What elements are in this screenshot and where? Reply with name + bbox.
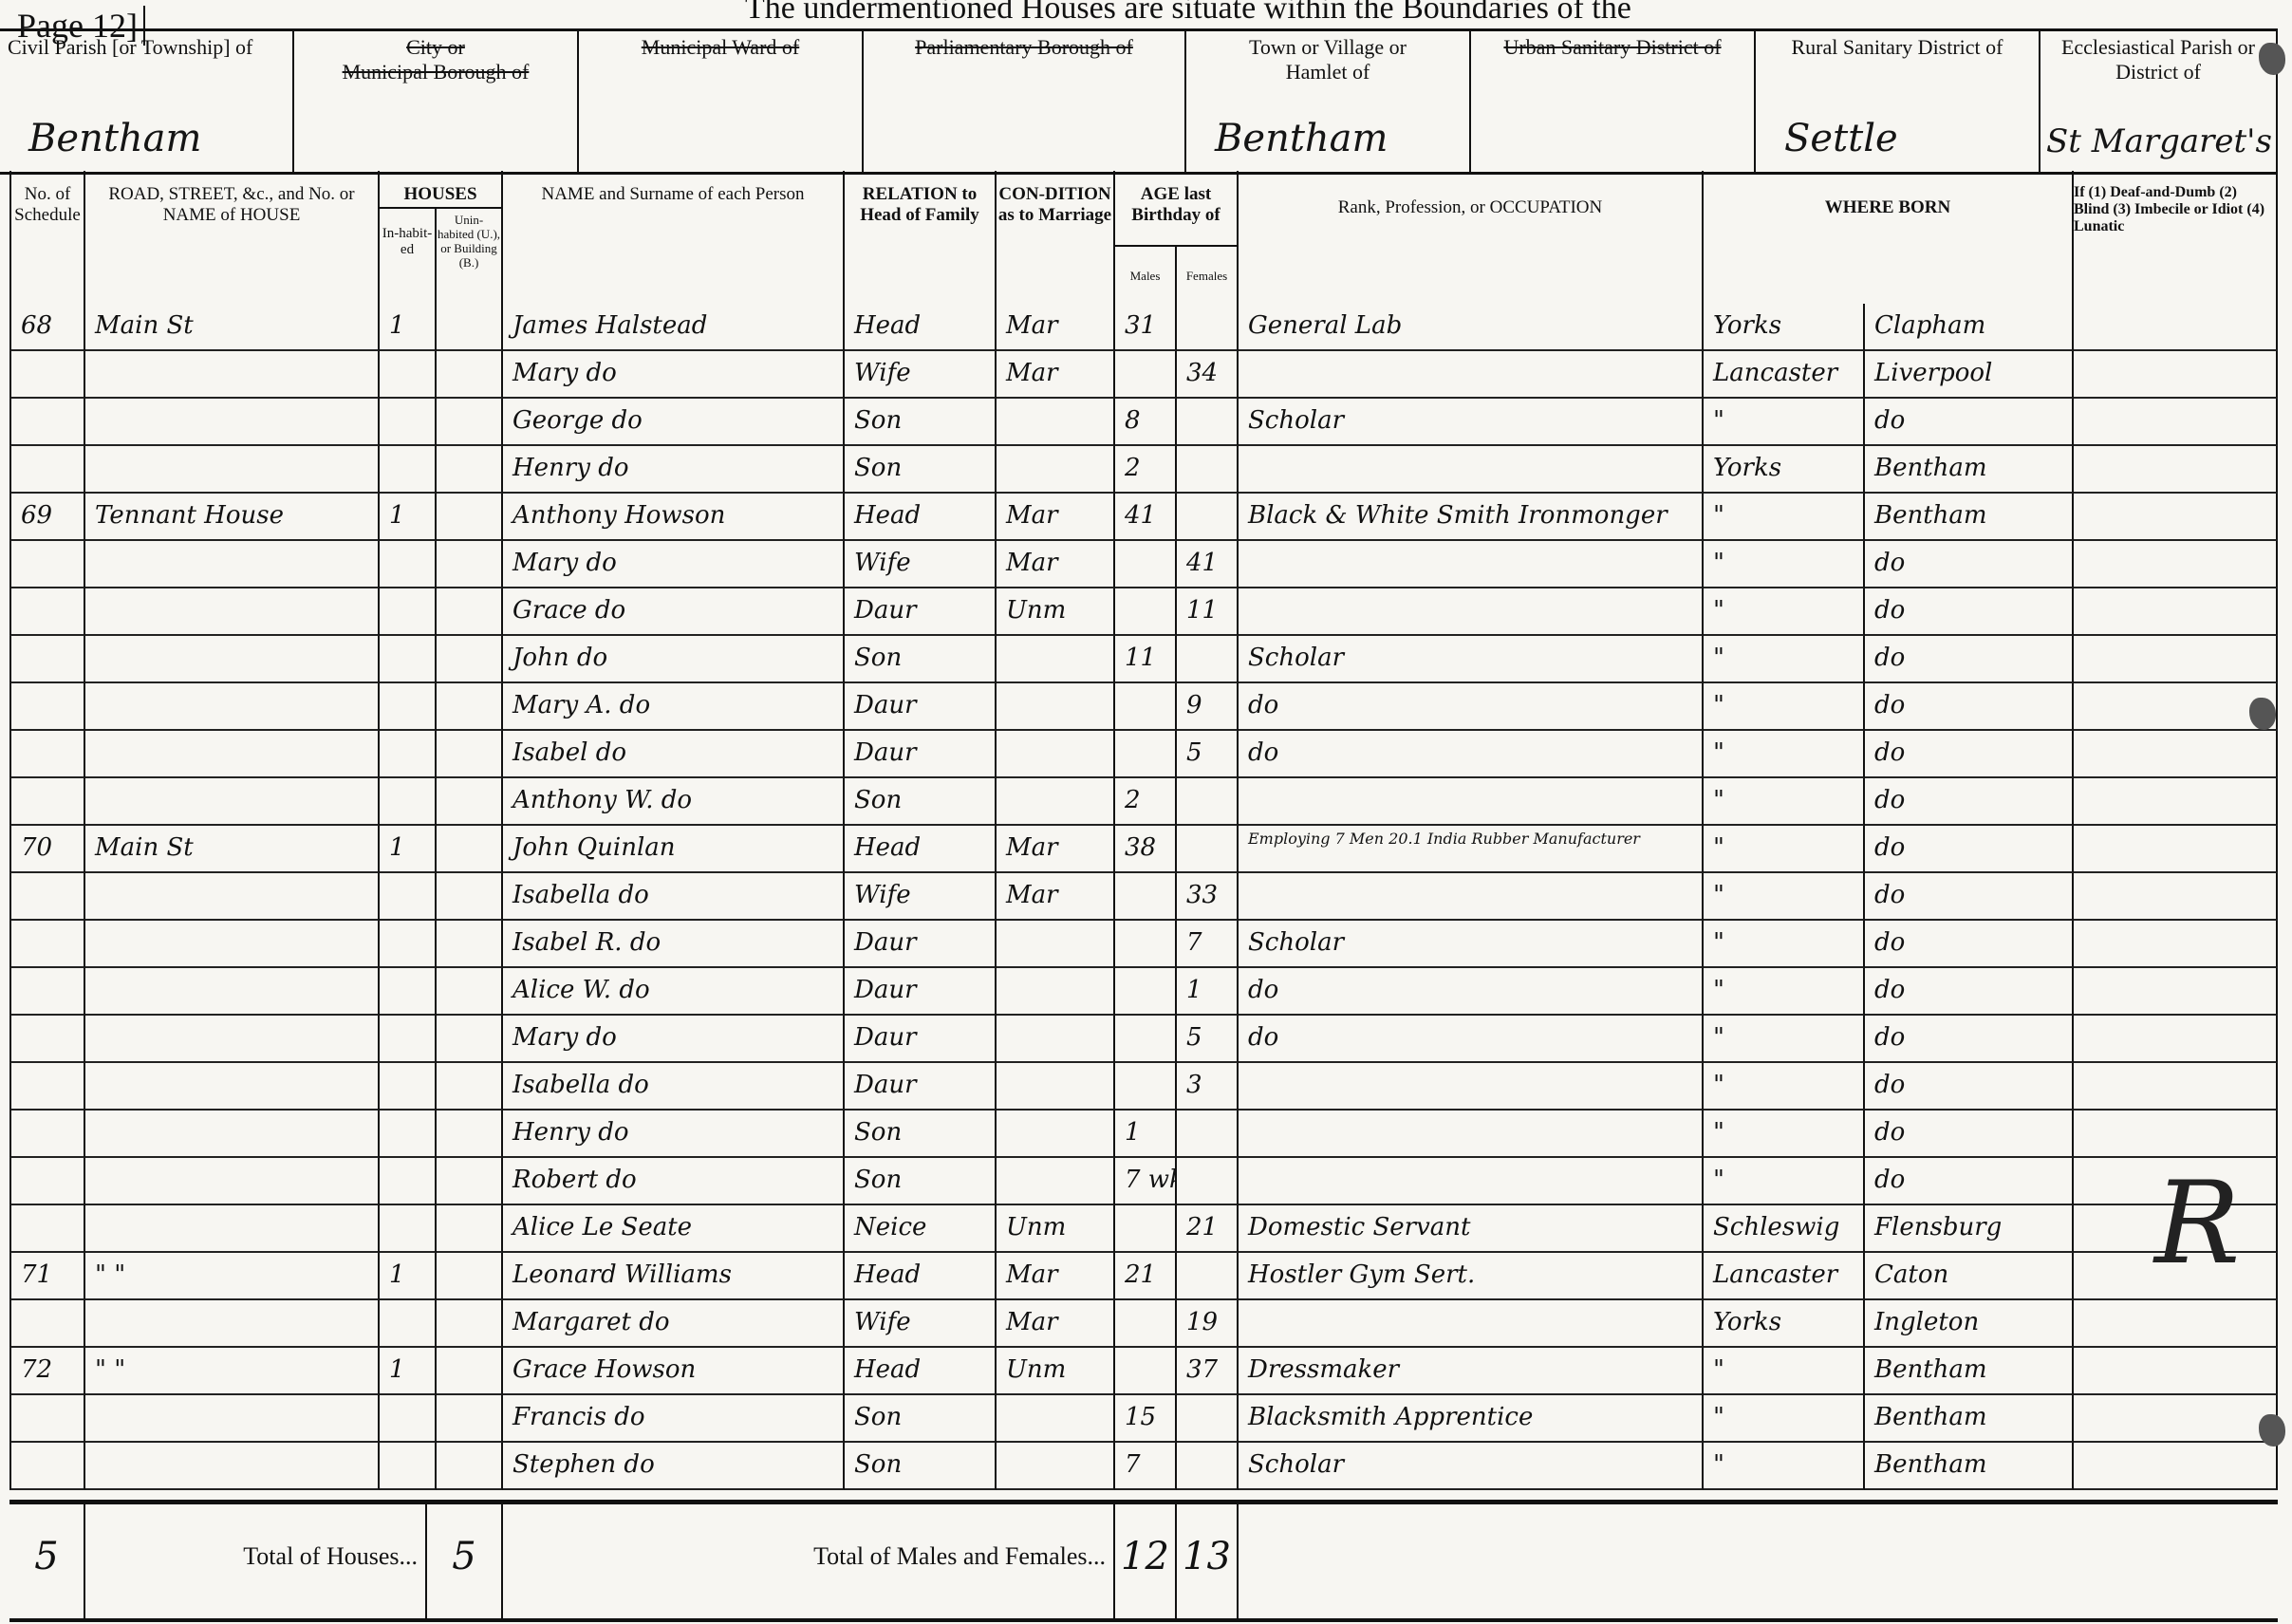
schedule-cell [9,636,85,683]
table-row: Isabella doDaur3"do [9,1063,2278,1111]
page-title: The undermentioned Houses are situate wi… [745,0,1631,27]
col-where-born: WHERE BORN [1704,171,2074,304]
table-row: Margaret doWifeMar19YorksIngleton [9,1300,2278,1348]
male-age-cell: 2 [1115,446,1177,494]
schedule-cell [9,1443,85,1490]
schedule-cell [9,921,85,968]
parliamentary-borough-cell: Parliamentary Borough of [864,31,1186,172]
uninhabited-cell [437,1158,503,1205]
born-county-cell: " [1704,968,1865,1016]
infirmity-cell [2074,968,2278,1016]
infirmity-cell [2074,1300,2278,1348]
inhabited-cell: 1 [380,494,437,541]
infirmity-cell [2074,1395,2278,1443]
table-row: Stephen doSon7Scholar"Bentham [9,1443,2278,1490]
uninhabited-cell [437,1016,503,1063]
table-row: Mary doDaur5do"do [9,1016,2278,1063]
born-county-cell: Yorks [1704,304,1865,351]
urban-sanitary-cell: Urban Sanitary District of [1471,31,1756,172]
table-row: Henry doSon2YorksBentham [9,446,2278,494]
census-page: Page 12] The undermentioned Houses are s… [0,0,2292,1624]
schedule-cell [9,683,85,731]
infirmity-cell [2074,351,2278,399]
total-males-value: 12 [1121,1535,1169,1578]
uninhabited-cell [437,1253,503,1300]
infirmity-cell [2074,494,2278,541]
male-age-cell: 7 [1115,1443,1177,1490]
total-houses-label: Total of Houses... [85,1504,427,1618]
born-county-cell: " [1704,1443,1865,1490]
born-place-cell: do [1865,1016,2074,1063]
born-place-cell: Bentham [1865,1348,2074,1395]
name-cell: Anthony Howson [503,494,845,541]
male-age-cell [1115,588,1177,636]
male-age-cell: 38 [1115,826,1177,873]
table-row: 69Tennant House1Anthony HowsonHeadMar41B… [9,494,2278,541]
table-row: 71" "1Leonard WilliamsHeadMar21Hostler G… [9,1253,2278,1300]
schedule-cell [9,778,85,826]
infirmity-cell [2074,304,2278,351]
condition-cell [997,1443,1115,1490]
born-county-cell: " [1704,1158,1865,1205]
schedule-cell [9,1158,85,1205]
inhabited-cell [380,541,437,588]
table-row: Isabella doWifeMar33"do [9,873,2278,921]
total-houses-value: 5 [452,1535,475,1578]
infirmity-cell [2074,636,2278,683]
born-place-cell: do [1865,731,2074,778]
road-cell: Main St [85,304,380,351]
inhabited-cell [380,636,437,683]
inhabited-cell [380,1205,437,1253]
occupation-cell [1239,1063,1704,1111]
male-age-cell [1115,1063,1177,1111]
total-schedules: 5 [9,1504,85,1618]
infirmity-cell [2074,399,2278,446]
schedule-cell: 69 [9,494,85,541]
born-place-cell: do [1865,968,2074,1016]
male-age-cell [1115,683,1177,731]
total-females: 13 [1177,1504,1239,1618]
uninhabited-cell [437,541,503,588]
female-age-cell: 7 [1177,921,1239,968]
female-age-cell [1177,399,1239,446]
male-age-cell: 31 [1115,304,1177,351]
name-cell: John do [503,636,845,683]
table-row: Anthony W. doSon2"do [9,778,2278,826]
table-row: 72" "1Grace HowsonHeadUnm37Dressmaker"Be… [9,1348,2278,1395]
born-place-cell: do [1865,1158,2074,1205]
road-cell [85,873,380,921]
occupation-cell: do [1239,731,1704,778]
road-cell [85,541,380,588]
inhabited-cell: 1 [380,1348,437,1395]
ink-blot [2259,1414,2285,1447]
table-row: Isabel R. doDaur7Scholar"do [9,921,2278,968]
col-relation: RELATION to Head of Family [845,171,997,304]
inhabited-cell [380,968,437,1016]
occupation-cell [1239,1300,1704,1348]
road-cell [85,1300,380,1348]
col-infirmity: If (1) Deaf-and-Dumb (2) Blind (3) Imbec… [2074,171,2278,304]
relation-cell: Son [845,1443,997,1490]
relation-cell: Daur [845,1063,997,1111]
name-cell: Francis do [503,1395,845,1443]
condition-cell [997,1158,1115,1205]
table-row: Isabel doDaur5do"do [9,731,2278,778]
born-place-cell: Caton [1865,1253,2074,1300]
name-cell: Henry do [503,446,845,494]
header-band: Civil Parish [or Township] of Bentham Ci… [0,28,2278,175]
name-cell: George do [503,399,845,446]
occupation-cell: Dressmaker [1239,1348,1704,1395]
condition-cell: Mar [997,1300,1115,1348]
born-place-cell: do [1865,826,2074,873]
inhabited-cell [380,683,437,731]
occupation-cell [1239,541,1704,588]
table-row: Mary doWifeMar41"do [9,541,2278,588]
born-county-cell: Lancaster [1704,351,1865,399]
schedule-cell: 72 [9,1348,85,1395]
female-age-cell [1177,778,1239,826]
born-place-cell: do [1865,399,2074,446]
occupation-cell: Scholar [1239,921,1704,968]
male-age-cell: 2 [1115,778,1177,826]
born-county-cell: Schleswig [1704,1205,1865,1253]
born-county-cell: Yorks [1704,1300,1865,1348]
relation-cell: Son [845,636,997,683]
col-females: Females [1177,247,1239,304]
col-uninhabited: Unin-habited (U.), or Building (B.) [437,209,503,304]
ink-blot [2249,698,2276,730]
uninhabited-cell [437,494,503,541]
inhabited-cell [380,1016,437,1063]
relation-cell: Son [845,1111,997,1158]
name-cell: Isabella do [503,1063,845,1111]
female-age-cell [1177,636,1239,683]
born-county-cell: Lancaster [1704,1253,1865,1300]
uninhabited-cell [437,1300,503,1348]
name-cell: Mary do [503,351,845,399]
schedule-cell [9,351,85,399]
road-cell [85,351,380,399]
uninhabited-cell [437,1348,503,1395]
inhabited-cell [380,778,437,826]
born-county-cell: " [1704,873,1865,921]
female-age-cell [1177,304,1239,351]
name-cell: John Quinlan [503,826,845,873]
condition-cell: Mar [997,541,1115,588]
name-cell: James Halstead [503,304,845,351]
occupation-cell: Domestic Servant [1239,1205,1704,1253]
condition-cell: Mar [997,304,1115,351]
occupation-cell [1239,1111,1704,1158]
inhabited-cell [380,873,437,921]
name-cell: Mary A. do [503,683,845,731]
male-age-cell: 11 [1115,636,1177,683]
road-cell [85,968,380,1016]
schedule-cell [9,1063,85,1111]
condition-cell [997,1111,1115,1158]
table-row: Henry doSon1"do [9,1111,2278,1158]
col-schedule: No. of Schedule [9,171,85,304]
road-cell [85,446,380,494]
table-row: Robert doSon7 wks"do [9,1158,2278,1205]
condition-cell: Unm [997,1205,1115,1253]
born-place-cell: Clapham [1865,304,2074,351]
female-age-cell [1177,1158,1239,1205]
female-age-cell: 41 [1177,541,1239,588]
schedule-cell: 68 [9,304,85,351]
name-cell: Alice W. do [503,968,845,1016]
table-row: John doSon11Scholar"do [9,636,2278,683]
name-cell: Mary do [503,1016,845,1063]
occupation-cell: Employing 7 Men 20.1 India Rubber Manufa… [1239,826,1704,873]
male-age-cell [1115,731,1177,778]
male-age-cell [1115,921,1177,968]
relation-cell: Son [845,1158,997,1205]
born-county-cell: " [1704,1348,1865,1395]
inhabited-cell [380,446,437,494]
infirmity-cell [2074,731,2278,778]
born-county-cell: " [1704,541,1865,588]
condition-cell [997,399,1115,446]
relation-cell: Wife [845,351,997,399]
road-cell [85,683,380,731]
born-county-cell: " [1704,588,1865,636]
road-cell [85,1158,380,1205]
uninhabited-cell [437,399,503,446]
municipal-ward-label: Municipal Ward of [587,35,854,60]
infirmity-cell [2074,921,2278,968]
uninhabited-cell [437,968,503,1016]
relation-cell: Son [845,399,997,446]
col-occupation: Rank, Profession, or OCCUPATION [1239,171,1704,304]
female-age-cell [1177,494,1239,541]
road-cell [85,1443,380,1490]
name-cell: Alice Le Seate [503,1205,845,1253]
table-row: Grace doDaurUnm11"do [9,588,2278,636]
female-age-cell: 1 [1177,968,1239,1016]
female-age-cell: 37 [1177,1348,1239,1395]
schedule-cell [9,588,85,636]
total-houses: 5 [427,1504,503,1618]
male-age-cell [1115,873,1177,921]
relation-cell: Head [845,494,997,541]
relation-cell: Daur [845,588,997,636]
inhabited-cell [380,1111,437,1158]
female-age-cell [1177,1111,1239,1158]
born-county-cell: " [1704,921,1865,968]
infirmity-cell [2074,446,2278,494]
born-county-cell: " [1704,778,1865,826]
condition-cell: Unm [997,588,1115,636]
relation-cell: Wife [845,873,997,921]
name-cell: Isabella do [503,873,845,921]
born-place-cell: do [1865,588,2074,636]
town-village-value: Bentham [1215,117,1388,160]
table-row: Mary A. doDaur9do"do [9,683,2278,731]
condition-cell [997,446,1115,494]
uninhabited-cell [437,778,503,826]
infirmity-cell [2074,588,2278,636]
uninhabited-cell [437,588,503,636]
inhabited-cell [380,399,437,446]
male-age-cell [1115,1016,1177,1063]
born-place-cell: do [1865,636,2074,683]
name-cell: Stephen do [503,1443,845,1490]
col-condition: CON-DITION as to Marriage [997,171,1115,304]
born-county-cell: Yorks [1704,446,1865,494]
occupation-cell: Scholar [1239,399,1704,446]
town-village-label-1: Town or Village or [1194,35,1462,60]
road-cell: " " [85,1253,380,1300]
born-county-cell: " [1704,399,1865,446]
female-age-cell: 33 [1177,873,1239,921]
condition-cell: Mar [997,826,1115,873]
municipal-borough-label-2: Municipal Borough of [302,60,569,84]
relation-cell: Head [845,826,997,873]
condition-cell [997,1016,1115,1063]
occupation-cell [1239,446,1704,494]
born-place-cell: Bentham [1865,1395,2074,1443]
born-place-cell: do [1865,873,2074,921]
town-village-cell: Town or Village or Hamlet of Bentham [1186,31,1471,172]
occupation-cell: do [1239,1016,1704,1063]
infirmity-cell [2074,1063,2278,1111]
road-cell: Main St [85,826,380,873]
inhabited-cell [380,1443,437,1490]
born-county-cell: " [1704,826,1865,873]
uninhabited-cell [437,1111,503,1158]
relation-cell: Wife [845,541,997,588]
uninhabited-cell [437,446,503,494]
total-females-value: 13 [1183,1535,1231,1578]
col-name: NAME and Surname of each Person [503,171,845,304]
schedule-cell [9,1205,85,1253]
schedule-cell [9,1016,85,1063]
inhabited-cell [380,1300,437,1348]
road-cell [85,921,380,968]
enumerator-mark: R [2154,1158,2240,1290]
uninhabited-cell [437,1395,503,1443]
total-schedules-value: 5 [34,1535,58,1578]
condition-cell [997,636,1115,683]
infirmity-cell [2074,683,2278,731]
road-cell [85,1016,380,1063]
condition-cell: Unm [997,1348,1115,1395]
occupation-cell: General Lab [1239,304,1704,351]
occupation-cell: Hostler Gym Sert. [1239,1253,1704,1300]
municipal-ward-cell: Municipal Ward of [579,31,864,172]
uninhabited-cell [437,731,503,778]
condition-cell [997,921,1115,968]
rural-sanitary-label: Rural Sanitary District of [1763,35,2031,60]
uninhabited-cell [437,873,503,921]
road-cell [85,1205,380,1253]
born-place-cell: Liverpool [1865,351,2074,399]
infirmity-cell [2074,1111,2278,1158]
female-age-cell: 34 [1177,351,1239,399]
infirmity-cell [2074,541,2278,588]
male-age-cell [1115,1205,1177,1253]
male-age-cell: 1 [1115,1111,1177,1158]
condition-cell [997,1063,1115,1111]
inhabited-cell: 1 [380,826,437,873]
name-cell: Leonard Williams [503,1253,845,1300]
table-row: Alice W. doDaur1do"do [9,968,2278,1016]
occupation-cell: do [1239,968,1704,1016]
male-age-cell: 15 [1115,1395,1177,1443]
road-cell [85,778,380,826]
born-county-cell: " [1704,731,1865,778]
infirmity-cell [2074,1443,2278,1490]
infirmity-cell [2074,1016,2278,1063]
relation-cell: Daur [845,683,997,731]
male-age-cell [1115,968,1177,1016]
female-age-cell: 21 [1177,1205,1239,1253]
inhabited-cell: 1 [380,1253,437,1300]
relation-cell: Son [845,778,997,826]
female-age-cell [1177,1253,1239,1300]
relation-cell: Neice [845,1205,997,1253]
uninhabited-cell [437,683,503,731]
female-age-cell: 11 [1177,588,1239,636]
relation-cell: Wife [845,1300,997,1348]
occupation-cell [1239,588,1704,636]
totals-row: 5 Total of Houses... 5 Total of Males an… [9,1500,2278,1622]
inhabited-cell [380,921,437,968]
occupation-cell: Blacksmith Apprentice [1239,1395,1704,1443]
name-cell: Margaret do [503,1300,845,1348]
uninhabited-cell [437,921,503,968]
uninhabited-cell [437,1205,503,1253]
civil-parish-cell: Civil Parish [or Township] of Bentham [0,31,294,172]
schedule-cell [9,1111,85,1158]
name-cell: Grace Howson [503,1348,845,1395]
born-county-cell: " [1704,1395,1865,1443]
col-age: AGE last Birthday of [1115,171,1239,247]
inhabited-cell [380,1395,437,1443]
male-age-cell [1115,1348,1177,1395]
born-county-cell: " [1704,1016,1865,1063]
female-age-cell: 5 [1177,731,1239,778]
name-cell: Isabel R. do [503,921,845,968]
col-houses: HOUSES [380,171,503,209]
schedule-cell [9,873,85,921]
rural-sanitary-cell: Rural Sanitary District of Settle [1756,31,2040,172]
municipal-borough-label-1: City or [302,35,569,60]
col-road: ROAD, STREET, &c., and No. or NAME of HO… [85,171,380,304]
road-cell [85,1395,380,1443]
infirmity-cell [2074,778,2278,826]
born-place-cell: Bentham [1865,1443,2074,1490]
female-age-cell: 3 [1177,1063,1239,1111]
relation-cell: Daur [845,968,997,1016]
road-cell [85,399,380,446]
road-cell [85,731,380,778]
road-cell: " " [85,1348,380,1395]
ecclesiastical-label-1: Ecclesiastical Parish or [2048,35,2268,60]
inhabited-cell [380,731,437,778]
occupation-cell: Black & White Smith Ironmonger [1239,494,1704,541]
road-cell [85,636,380,683]
schedule-cell [9,968,85,1016]
col-inhabited: In-habit-ed [380,209,437,304]
relation-cell: Head [845,304,997,351]
male-age-cell [1115,351,1177,399]
condition-cell: Mar [997,494,1115,541]
